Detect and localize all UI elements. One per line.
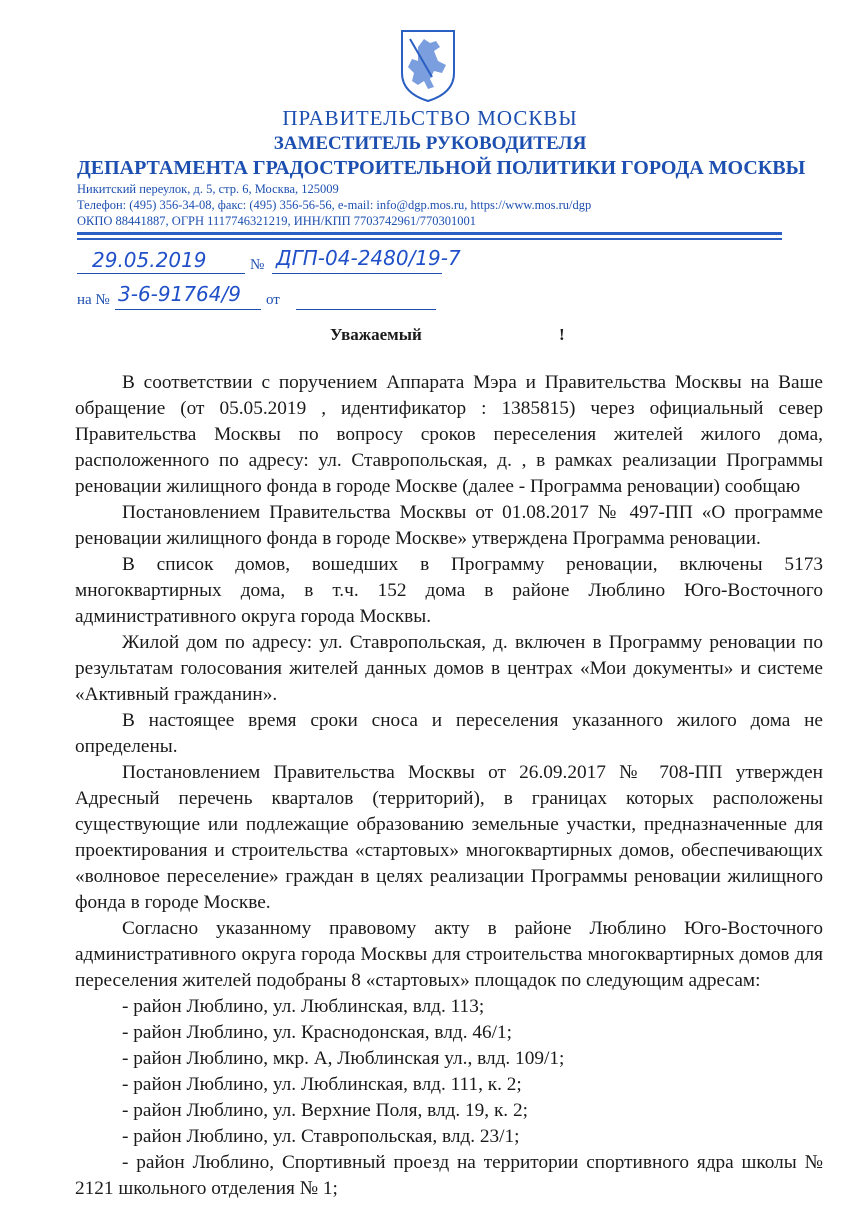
number-label: №: [250, 257, 264, 274]
paragraph: Жилой дом по адресу: ул. Ставропольская,…: [75, 630, 823, 708]
date-underline: [77, 273, 245, 274]
paragraph: Постановлением Правительства Москвы от 0…: [75, 500, 823, 552]
header-rule-thin: [77, 238, 782, 240]
from-label: от: [266, 292, 280, 309]
site-list-item: - район Люблино, ул. Верхние Поля, влд. …: [75, 1098, 823, 1124]
reply-underline: [115, 309, 261, 310]
position-title: ЗАМЕСТИТЕЛЬ РУКОВОДИТЕЛЯ: [0, 133, 860, 155]
site-list-item: - район Люблино, ул. Люблинская, влд. 11…: [75, 994, 823, 1020]
address-line: Никитский переулок, д. 5, стр. 6, Москва…: [77, 182, 339, 197]
outgoing-date: 29.05.2019: [92, 248, 207, 272]
header-rule-thick: [77, 232, 782, 235]
contacts-line: Телефон: (495) 356-34-08, факс: (495) 35…: [77, 198, 591, 213]
codes-line: ОКПО 88441887, ОГРН 1117746321219, ИНН/К…: [77, 214, 476, 229]
from-underline: [296, 309, 436, 310]
department-title: ДЕПАРТАМЕНТА ГРАДОСТРОИТЕЛЬНОЙ ПОЛИТИКИ …: [77, 157, 805, 180]
government-title: ПРАВИТЕЛЬСТВО МОСКВЫ: [0, 106, 860, 131]
greeting: Уважаемый: [330, 325, 422, 345]
site-list-item: - район Люблино, Спортивный проезд на те…: [75, 1150, 823, 1202]
reply-number: 3-6-91764/9: [118, 282, 241, 306]
site-list-item: - район Люблино, ул. Ставропольская, влд…: [75, 1124, 823, 1150]
site-list-item: - район Люблино, ул. Люблинская, влд. 11…: [75, 1072, 823, 1098]
site-list-item: - район Люблино, ул. Краснодонская, влд.…: [75, 1020, 823, 1046]
outgoing-number: ДГП-04-2480/19-7: [276, 246, 461, 270]
moscow-coat-of-arms-icon: [388, 25, 468, 105]
site-list-item: - район Люблино, мкр. А, Люблинская ул.,…: [75, 1046, 823, 1072]
paragraph: В настоящее время сроки сноса и переселе…: [75, 708, 823, 760]
letter-page: ПРАВИТЕЛЬСТВО МОСКВЫ ЗАМЕСТИТЕЛЬ РУКОВОД…: [0, 0, 860, 1228]
paragraph: В список домов, вошедших в Программу рен…: [75, 552, 823, 630]
letter-body: В соответствии с поручением Аппарата Мэр…: [75, 370, 823, 1202]
greeting-exclamation: !: [559, 325, 565, 345]
paragraph: В соответствии с поручением Аппарата Мэр…: [75, 370, 823, 500]
paragraph: Постановлением Правительства Москвы от 2…: [75, 760, 823, 916]
reply-label: на №: [77, 292, 110, 309]
paragraph: Согласно указанному правовому акту в рай…: [75, 916, 823, 994]
number-underline: [272, 273, 442, 274]
